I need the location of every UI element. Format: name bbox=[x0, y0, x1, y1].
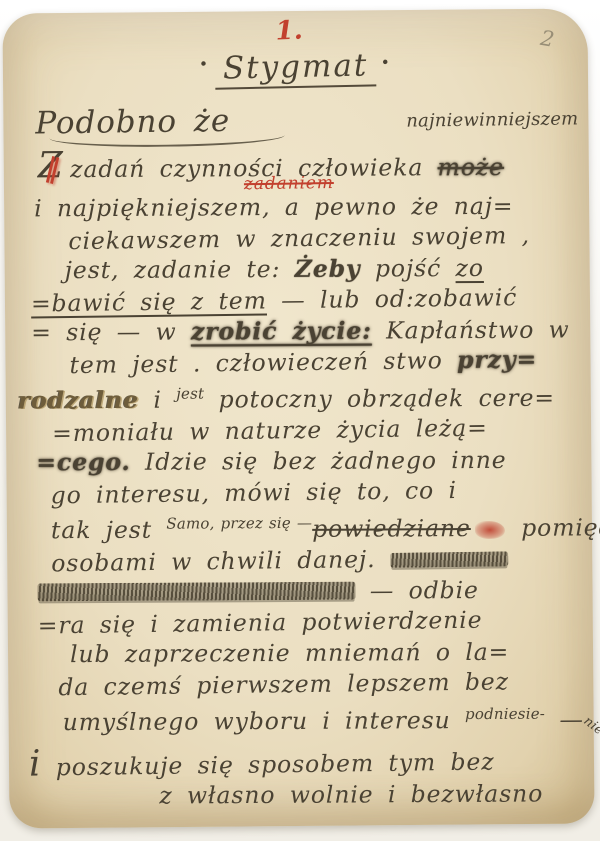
manuscript-line: tem jest . człowieczeń stwo przy= bbox=[69, 343, 580, 381]
red-ink-smudge bbox=[475, 521, 505, 539]
manuscript-line: ciekawszem w znaczeniu swojem , bbox=[68, 219, 579, 257]
handwritten-text: = się — w bbox=[31, 318, 191, 347]
handwritten-text: pojść bbox=[360, 254, 455, 282]
interline-insertion: Samo, przez się — bbox=[166, 514, 312, 533]
manuscript-line: da czemś pierwszem lepszem bez bbox=[58, 665, 583, 703]
manuscript-line: =moniału w naturze życia leżą= bbox=[52, 411, 581, 449]
manuscript-line: i poszukuje się sposobem tym bez bbox=[29, 743, 584, 783]
handwritten-text: potoczny obrządek cere= bbox=[204, 384, 555, 414]
handwritten-text: zrobić życie: bbox=[191, 317, 372, 346]
manuscript-line: tak jest Samo, przez się —powiedziane po… bbox=[51, 506, 582, 546]
interline-insertion: najniewinniejszem bbox=[406, 103, 578, 136]
handwritten-text: Kapłaństwo w bbox=[372, 316, 570, 345]
title-dot-left: · bbox=[194, 49, 215, 78]
crossed-out-scribble bbox=[390, 551, 508, 568]
manuscript-line: umyślnego wyboru i interesu podniesie- —… bbox=[63, 698, 584, 748]
handwritten-text: =bawić się z tem bbox=[31, 286, 267, 317]
handwritten-text: =ra się i zamienia potwierdzenie bbox=[38, 606, 483, 640]
manuscript-line: = się — w zrobić życie: Kapłaństwo w bbox=[31, 314, 580, 348]
handwritten-text: i najpiękniejszem, a pewno że naj= bbox=[34, 192, 513, 223]
handwritten-text: z własno wolnie i bezwłasno bbox=[159, 779, 543, 809]
handwritten-text: — odbie bbox=[355, 576, 478, 605]
handwritten-text: tak jest bbox=[51, 516, 167, 545]
manuscript-line: rodzalne i jest potoczny obrządek cere= bbox=[18, 377, 581, 417]
handwritten-text: i bbox=[139, 386, 176, 414]
crossed-out-scribble bbox=[37, 582, 355, 602]
manuscript-page: 2 1. ·Stygmat· Podobno żenajniewinniejsz… bbox=[2, 8, 594, 828]
handwritten-text: rodzalne bbox=[18, 386, 139, 415]
handwritten-text: jest, zadanie te: bbox=[65, 255, 295, 284]
manuscript-line: i najpiękniejszem, a pewno że naj= bbox=[34, 190, 579, 224]
handwritten-text: =moniału w naturze życia leżą= bbox=[52, 414, 488, 448]
manuscript-line: =ra się i zamienia potwierdzenie bbox=[38, 603, 583, 641]
manuscript-line: go interesu, mówi się to, co i bbox=[50, 473, 581, 511]
struck-through-text: powiedziane bbox=[312, 514, 471, 543]
handwritten-text: lub zaprzeczenie mniemań o la= bbox=[70, 638, 509, 668]
handwritten-text: =cego. bbox=[36, 448, 130, 476]
handwritten-text: tem jest . człowieczeń stwo bbox=[69, 346, 457, 379]
manuscript-line: lub zaprzeczenie mniemań o la= bbox=[70, 636, 583, 670]
handwritten-text: osobami w chwili danej. bbox=[51, 545, 390, 577]
handwritten-text: pomiędzy bbox=[507, 513, 600, 542]
handwritten-text: Podobno że bbox=[35, 106, 230, 140]
handwritten-text: zo bbox=[455, 254, 483, 282]
photo-background: 2 1. ·Stygmat· Podobno żenajniewinniejsz… bbox=[0, 0, 600, 841]
manuscript-lines: Podobno żenajniewinniejszemZ‖zadań czynn… bbox=[31, 103, 584, 814]
page-title: Stygmat bbox=[214, 47, 376, 89]
manuscript-line: jest, zadanie te: Żeby pojść zo bbox=[65, 252, 580, 286]
interline-insertion: podniesie- bbox=[465, 705, 545, 723]
manuscript-line: — odbie bbox=[37, 574, 582, 608]
title-row: ·Stygmat· bbox=[3, 45, 588, 90]
handwritten-text: Idzie się bez żadnego inne bbox=[131, 446, 507, 476]
manuscript-line: =bawić się z tem — lub od:zobawić bbox=[31, 281, 580, 319]
title-dot-right: · bbox=[376, 47, 397, 76]
handwritten-text: da czemś pierwszem lepszem bez bbox=[58, 667, 509, 701]
handwritten-text: przy= bbox=[457, 345, 537, 374]
handwritten-text: Żeby bbox=[295, 255, 361, 283]
interline-insertion: jest bbox=[176, 384, 204, 402]
manuscript-line: Podobno żenajniewinniejszem bbox=[35, 101, 579, 154]
handwritten-text: umyślnego wyboru i interesu bbox=[63, 706, 466, 736]
handwritten-text: go interesu, mówi się to, co i bbox=[50, 476, 457, 509]
manuscript-line: osobami w chwili danej. bbox=[51, 541, 582, 579]
handwritten-text: i bbox=[29, 743, 42, 784]
handwritten-text: — lub od:zobawić bbox=[267, 283, 518, 314]
handwritten-text: poszukuje się sposobem tym bez bbox=[41, 747, 494, 781]
handwritten-text: ciekawszem w znaczeniu swojem , bbox=[68, 221, 530, 255]
manuscript-line: z własno wolnie i bezwłasno bbox=[159, 778, 584, 811]
manuscript-line: =cego. Idzie się bez żadnego inne bbox=[36, 444, 581, 478]
